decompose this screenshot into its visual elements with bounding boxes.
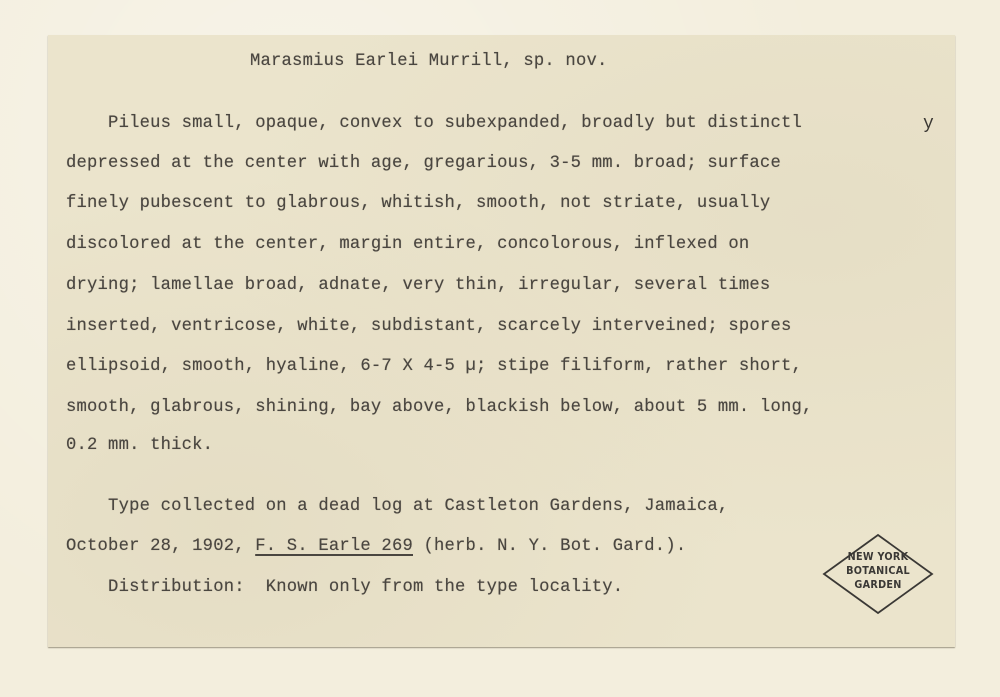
collection-date: October 28, 1902, xyxy=(66,537,255,556)
type-collection-line: Type collected on a dead log at Castleto… xyxy=(66,497,728,517)
distribution-line: Distribution: Known only from the type l… xyxy=(66,578,623,598)
description-line: Pileus small, opaque, convex to subexpan… xyxy=(66,114,802,134)
description-line: depressed at the center with age, gregar… xyxy=(66,154,781,174)
description-line: smooth, glabrous, shining, bay above, bl… xyxy=(66,398,813,418)
type-collection-date-line: October 28, 1902, F. S. Earle 269 (herb.… xyxy=(66,537,686,557)
description-line: drying; lamellae broad, adnate, very thi… xyxy=(66,276,770,296)
herbarium-reference: (herb. N. Y. Bot. Gard.). xyxy=(413,537,686,556)
description-line: discolored at the center, margin entire,… xyxy=(66,235,749,255)
description-line: finely pubescent to glabrous, whitish, s… xyxy=(66,194,770,214)
nybg-stamp: NEW YORK BOTANICAL GARDEN xyxy=(822,533,934,615)
description-line: 0.2 mm. thick. xyxy=(66,436,213,456)
description-line: inserted, ventricose, white, subdistant,… xyxy=(66,317,791,337)
stamp-line: GARDEN xyxy=(826,578,929,592)
stamp-text: NEW YORK BOTANICAL GARDEN xyxy=(822,550,934,592)
collector-number: F. S. Earle 269 xyxy=(255,537,413,556)
description-line: ellipsoid, smooth, hyaline, 6-7 X 4-5 µ;… xyxy=(66,357,802,377)
stamp-line: NEW YORK xyxy=(826,550,929,564)
species-title: Marasmius Earlei Murrill, sp. nov. xyxy=(250,52,607,72)
stamp-line: BOTANICAL xyxy=(826,564,929,578)
handwritten-correction: y xyxy=(923,114,934,134)
